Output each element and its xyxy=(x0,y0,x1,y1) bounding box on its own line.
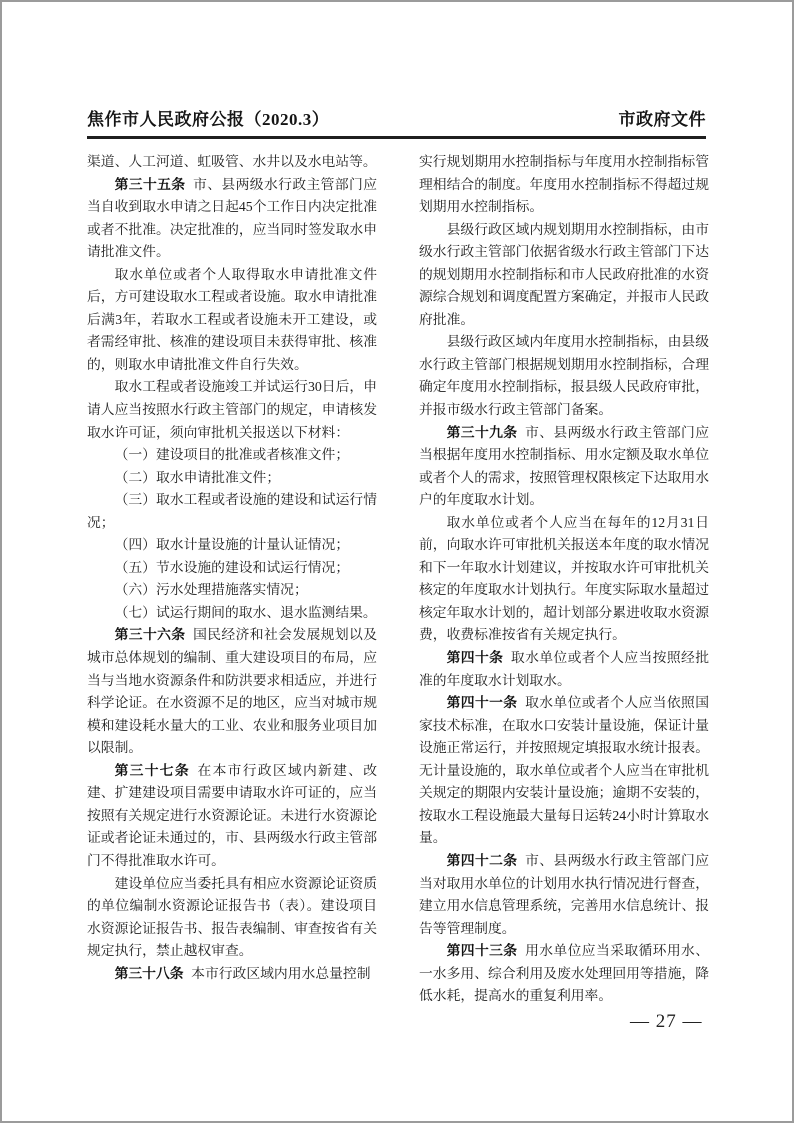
paragraph: 第四十二条市、县两级水行政主管部门应当对取用水单位的计划用水执行情况进行督查，建… xyxy=(419,850,709,940)
right-column: 实行规划期用水控制指标与年度用水控制指标管理相结合的制度。年度用水控制指标不得超… xyxy=(419,151,709,1008)
paragraph: （四）取水计量设施的计量认证情况； xyxy=(87,534,377,557)
article-number: 第四十条 xyxy=(447,650,504,665)
article-number: 第四十一条 xyxy=(447,695,518,710)
paragraph: （六）污水处理措施落实情况； xyxy=(87,579,377,602)
paragraph: 渠道、人工河道、虹吸管、水井以及水电站等。 xyxy=(87,151,377,174)
article-number: 第三十八条 xyxy=(115,966,184,981)
paragraph: 建设单位应当委托具有相应水资源论证资质的单位编制水资源论证报告书（表）。建设项目… xyxy=(87,873,377,963)
paragraph: （五）节水设施的建设和试运行情况； xyxy=(87,557,377,580)
paragraph: 取水单位或者个人应当在每年的12月31日前，向取水许可审批机关报送本年度的取水情… xyxy=(419,512,709,647)
paragraph: 第三十五条市、县两级水行政主管部门应当自收到取水申请之日起45个工作日内决定批准… xyxy=(87,174,377,264)
left-column: 渠道、人工河道、虹吸管、水井以及水电站等。第三十五条市、县两级水行政主管部门应当… xyxy=(87,151,377,1008)
paragraph: 县级行政区域内年度用水控制指标，由县级水行政主管部门根据规划期用水控制指标，合理… xyxy=(419,331,709,421)
paragraph: 第四十三条用水单位应当采取循环用水、一水多用、综合利用及废水处理回用等措施，降低… xyxy=(419,940,709,1008)
paragraph: （七）试运行期间的取水、退水监测结果。 xyxy=(87,602,377,625)
paragraph: 取水单位或者个人取得取水申请批准文件后，方可建设取水工程或者设施。取水申请批准后… xyxy=(87,264,377,377)
article-number: 第三十九条 xyxy=(447,425,518,440)
gazette-page: 焦作市人民政府公报（2020.3） 市政府文件 渠道、人工河道、虹吸管、水井以及… xyxy=(0,0,794,1123)
paragraph: 第四十条取水单位或者个人应当按照经批准的年度取水计划取水。 xyxy=(419,647,709,692)
article-number: 第四十三条 xyxy=(447,943,518,958)
gazette-title: 焦作市人民政府公报（2020.3） xyxy=(87,105,329,130)
page-header: 焦作市人民政府公报（2020.3） 市政府文件 xyxy=(87,105,706,139)
article-number: 第三十七条 xyxy=(115,763,190,778)
paragraph: 县级行政区域内规划期用水控制指标，由市级水行政主管部门依据省级水行政主管部门下达… xyxy=(419,219,709,332)
paragraph: （二）取水申请批准文件； xyxy=(87,467,377,490)
article-number: 第三十五条 xyxy=(115,177,186,192)
paragraph: 第三十六条国民经济和社会发展规划以及城市总体规划的编制、重大建设项目的布局，应当… xyxy=(87,624,377,759)
paragraph: 第四十一条取水单位或者个人应当依照国家技术标准，在取水口安装计量设施，保证计量设… xyxy=(419,692,709,850)
doc-category-label: 市政府文件 xyxy=(619,105,707,130)
paragraph: 第三十七条在本市行政区域内新建、改建、扩建建设项目需要申请取水许可证的，应当按照… xyxy=(87,760,377,873)
paragraph: 实行规划期用水控制指标与年度用水控制指标管理相结合的制度。年度用水控制指标不得超… xyxy=(419,151,709,219)
page-number: — 27 — xyxy=(630,1011,703,1033)
body-columns: 渠道、人工河道、虹吸管、水井以及水电站等。第三十五条市、县两级水行政主管部门应当… xyxy=(87,151,706,1008)
paragraph: 取水工程或者设施竣工并试运行30日后，申请人应当按照水行政主管部门的规定，申请核… xyxy=(87,376,377,444)
article-number: 第三十六条 xyxy=(115,627,186,642)
paragraph: 第三十九条市、县两级水行政主管部门应当根据年度用水控制指标、用水定额及取水单位或… xyxy=(419,422,709,512)
paragraph: 第三十八条本市行政区域内用水总量控制 xyxy=(87,963,377,986)
article-number: 第四十二条 xyxy=(447,853,518,868)
paragraph: （一）建设项目的批准或者核准文件； xyxy=(87,444,377,467)
paragraph: （三）取水工程或者设施的建设和试运行情况； xyxy=(87,489,377,534)
